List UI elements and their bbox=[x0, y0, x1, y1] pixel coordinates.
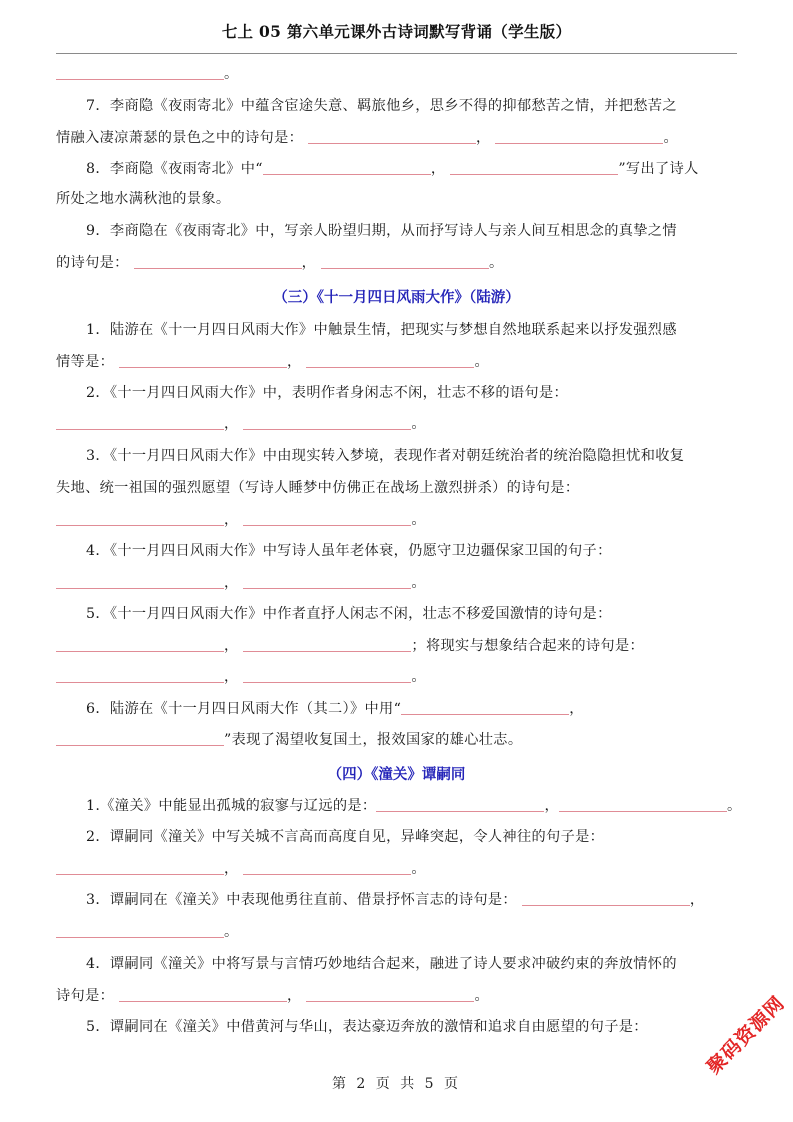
answer-blank[interactable] bbox=[134, 267, 302, 269]
answer-blank[interactable] bbox=[56, 650, 224, 652]
answer-blank[interactable] bbox=[56, 681, 224, 683]
s3-question-4-line-2: ， 。 bbox=[56, 573, 738, 593]
s4-question-1-line-1: 1.《潼关》中能显出孤城的寂寥与辽远的是：，。 bbox=[86, 796, 768, 816]
answer-blank[interactable] bbox=[119, 1000, 287, 1002]
answer-blank[interactable] bbox=[308, 142, 476, 144]
answer-blank[interactable] bbox=[243, 873, 411, 875]
document-title: 七上 05 第六单元课外古诗词默写背诵（学生版） bbox=[0, 20, 793, 42]
answer-blank[interactable] bbox=[56, 744, 224, 746]
question-8-line-2: 所处之地水满秋池的景象。 bbox=[56, 189, 738, 209]
question-text: 李商隐《夜雨寄北》中蕴含宦途失意、羁旅他乡，思乡不得的抑郁愁苦之情，并把愁苦之 bbox=[110, 98, 677, 114]
answer-blank[interactable] bbox=[559, 810, 727, 812]
question-number: 2． bbox=[86, 829, 110, 845]
answer-blank[interactable] bbox=[243, 587, 411, 589]
s4-question-5-line-1: 5．谭嗣同在《潼关》中借黄河与华山，表达豪迈奔放的激情和追求自由愿望的句子是： bbox=[86, 1017, 768, 1037]
question-number: 4． bbox=[86, 543, 110, 559]
s4-question-3-line-2: 。 bbox=[56, 922, 738, 942]
answer-blank[interactable] bbox=[401, 713, 569, 715]
answer-blank[interactable] bbox=[321, 267, 489, 269]
question-number: 5． bbox=[86, 606, 110, 622]
s3-question-3-line-1: 3．《十一月四日风雨大作》中由现实转入梦境，表现作者对朝廷统治者的统治隐隐担忧和… bbox=[86, 446, 768, 466]
answer-blank[interactable] bbox=[56, 873, 224, 875]
question-number: 5． bbox=[86, 1019, 110, 1035]
continuation-line: 。 bbox=[56, 64, 738, 84]
question-number: 2． bbox=[86, 385, 110, 401]
s3-question-2-line-2: ， 。 bbox=[56, 414, 738, 434]
answer-blank[interactable] bbox=[243, 650, 411, 652]
answer-blank[interactable] bbox=[450, 173, 618, 175]
s3-question-3-line-3: ， 。 bbox=[56, 510, 738, 530]
s4-question-4-line-2: 诗句是： ， 。 bbox=[56, 986, 738, 1006]
s4-question-3-line-1: 3．谭嗣同在《潼关》中表现他勇往直前、借景抒怀言志的诗句是： ， bbox=[86, 890, 768, 910]
s3-question-2-line-1: 2．《十一月四日风雨大作》中，表明作者身闲志不闲，壮志不移的语句是： bbox=[86, 383, 768, 403]
question-number: 1. bbox=[86, 798, 100, 814]
s4-question-2-line-1: 2．谭嗣同《潼关》中写关城不言高而高度自见，异峰突起，令人神往的句子是： bbox=[86, 827, 768, 847]
s3-question-6-line-2: ”表现了渴望收复国土，报效国家的雄心壮志。 bbox=[56, 730, 738, 750]
s3-question-5-line-2: ， ；将现实与想象结合起来的诗句是： bbox=[56, 636, 738, 656]
page-footer: 第 2 页 共 5 页 bbox=[0, 1073, 793, 1093]
answer-blank[interactable] bbox=[263, 173, 431, 175]
answer-blank[interactable] bbox=[56, 78, 224, 80]
answer-blank[interactable] bbox=[306, 366, 474, 368]
answer-blank[interactable] bbox=[119, 366, 287, 368]
s4-question-2-line-2: ， 。 bbox=[56, 859, 738, 879]
answer-blank[interactable] bbox=[56, 524, 224, 526]
s4-question-4-line-1: 4．谭嗣同《潼关》中将写景与言情巧妙地结合起来，融进了诗人要求冲破约束的奔放情怀… bbox=[86, 954, 768, 974]
s3-question-5-line-3: ， 。 bbox=[56, 667, 738, 687]
answer-blank[interactable] bbox=[56, 587, 224, 589]
s3-question-4-line-1: 4．《十一月四日风雨大作》中写诗人虽年老体衰，仍愿守卫边疆保家卫国的句子： bbox=[86, 541, 768, 561]
answer-blank[interactable] bbox=[243, 428, 411, 430]
question-number: 9． bbox=[86, 223, 110, 239]
answer-blank[interactable] bbox=[495, 142, 663, 144]
answer-blank[interactable] bbox=[306, 1000, 474, 1002]
question-number: 4． bbox=[86, 956, 110, 972]
answer-blank[interactable] bbox=[56, 428, 224, 430]
answer-blank[interactable] bbox=[243, 681, 411, 683]
s3-question-6-line-1: 6．陆游在《十一月四日风雨大作（其二）》中用“， bbox=[86, 699, 768, 719]
s3-question-5-line-1: 5．《十一月四日风雨大作》中作者直抒人闲志不闲，壮志不移爱国激情的诗句是： bbox=[86, 604, 768, 624]
question-number: 1． bbox=[86, 322, 110, 338]
question-9-line-2: 的诗句是： ， 。 bbox=[56, 253, 738, 273]
section-title-tong-guan: （四）《潼关》谭嗣同 bbox=[0, 763, 793, 784]
section-title-shi-yi-yue: （三）《十一月四日风雨大作》（陆游） bbox=[0, 286, 793, 307]
question-number: 3． bbox=[86, 892, 110, 908]
answer-blank[interactable] bbox=[522, 904, 690, 906]
question-9-line-1: 9．李商隐在《夜雨寄北》中，写亲人盼望归期，从而抒写诗人与亲人间互相思念的真挚之… bbox=[86, 221, 768, 241]
question-number: 6． bbox=[86, 701, 110, 717]
question-7-line-1: 7．李商隐《夜雨寄北》中蕴含宦途失意、羁旅他乡，思乡不得的抑郁愁苦之情，并把愁苦… bbox=[86, 96, 768, 116]
question-8-line-1: 8．李商隐《夜雨寄北》中“， ”写出了诗人 bbox=[86, 159, 768, 179]
s3-question-1-line-1: 1．陆游在《十一月四日风雨大作》中触景生情，把现实与梦想自然地联系起来以抒发强烈… bbox=[86, 320, 768, 340]
answer-blank[interactable] bbox=[243, 524, 411, 526]
answer-blank[interactable] bbox=[56, 936, 224, 938]
question-number: 8． bbox=[86, 161, 110, 177]
question-number: 3． bbox=[86, 448, 110, 464]
s3-question-3-line-2: 失地、统一祖国的强烈愿望（写诗人睡梦中仿佛正在战场上激烈拼杀）的诗句是： bbox=[56, 478, 738, 498]
answer-blank[interactable] bbox=[376, 810, 544, 812]
s3-question-1-line-2: 情等是： ， 。 bbox=[56, 352, 738, 372]
question-7-line-2: 情融入凄凉萧瑟的景色之中的诗句是： ， 。 bbox=[56, 128, 738, 148]
header-divider bbox=[56, 53, 737, 54]
question-number: 7． bbox=[86, 98, 110, 114]
